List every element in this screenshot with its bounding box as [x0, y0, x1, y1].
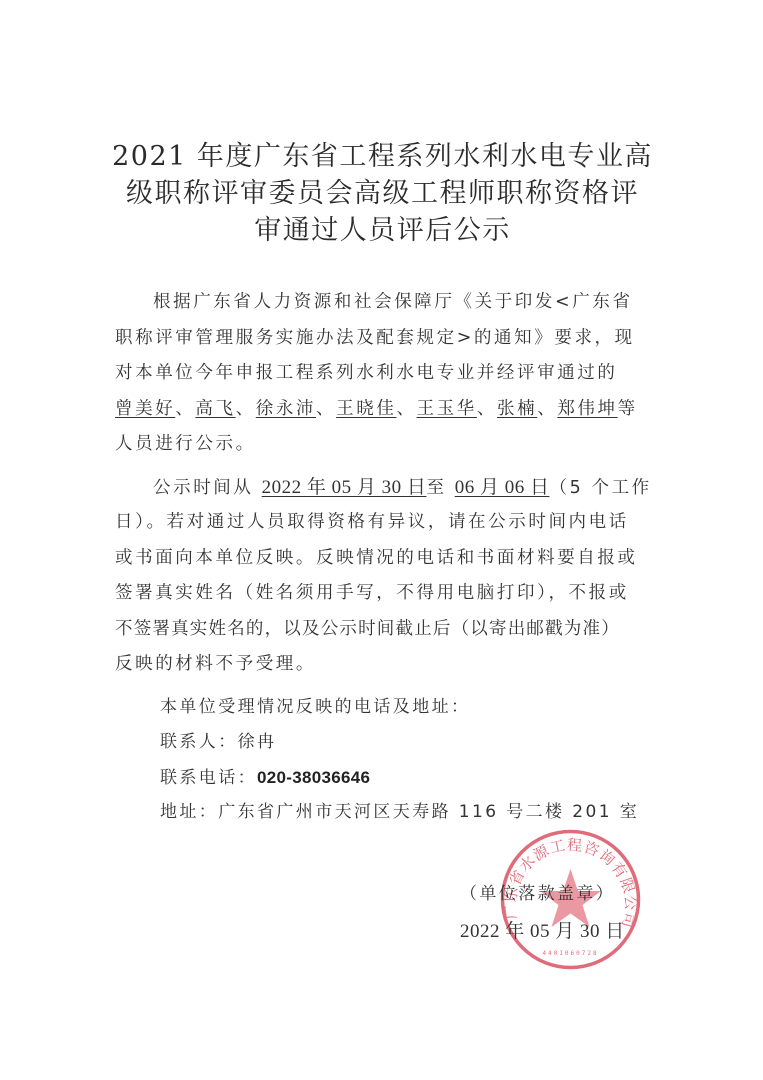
- signature-block: （单位落款盖章） 2022 年 05 月 30 日: [460, 875, 660, 951]
- para1-line-3: 对本单位今年申报工程系列水利水电专业并经评审通过的: [115, 356, 635, 392]
- contact-phone: 020-38036646: [257, 768, 370, 787]
- signature-date: 2022 年 05 月 30 日: [460, 913, 660, 951]
- para1-line-1: 根据广东省人力资源和社会保障厅《关于印发<广东省: [115, 285, 635, 321]
- para2-line-3: 或书面向本单位反映。反映情况的电话和书面材料要自报或: [115, 541, 635, 577]
- para2-line-1: 公示时间从 2022 年 05 月 30 日至 06 月 06 日（5 个工作: [115, 470, 635, 506]
- contact-address-label: 地址：: [160, 802, 218, 822]
- document-title: 2021 年度广东省工程系列水利水电专业高 级职称评审委员会高级工程师职称资格评…: [110, 138, 655, 249]
- para2-line-2: 日）。若对通过人员取得资格有异议，请在公示时间内电话: [115, 505, 635, 541]
- contact-person-label: 联系人：: [160, 732, 238, 752]
- working-days-note: （5 个工作: [549, 478, 651, 498]
- contact-person: 徐冉: [238, 732, 277, 752]
- separator: 、: [396, 399, 416, 419]
- para1-line-2: 职称评审管理服务实施办法及配套规定>的通知》要求，现: [115, 321, 635, 357]
- approved-name: 曾美好: [115, 399, 175, 419]
- names-suffix: 等: [618, 399, 638, 419]
- contact-address: 广东省广州市天河区天寿路 116 号二楼 201 室: [218, 802, 639, 822]
- approved-name: 徐永沛: [256, 399, 316, 419]
- title-line-1: 2021 年度广东省工程系列水利水电专业高: [110, 138, 655, 175]
- para2-line-4: 签署真实姓名（姓名须用手写，不得用电脑打印），不报或: [115, 576, 635, 612]
- approved-names-line: 曾美好、高飞、徐永沛、王晓佳、王玉华、张楠、郑伟坤等: [115, 392, 635, 428]
- contact-section: 本单位受理情况反映的电话及地址： 联系人：徐冉 联系电话：020-3803664…: [160, 690, 660, 830]
- para2-line-5: 不签署真实姓名的，以及公示时间截止后（以寄出邮戳为准）: [115, 612, 635, 648]
- para1-line-5: 人员进行公示。: [115, 427, 635, 463]
- approved-name: 张楠: [497, 399, 537, 419]
- separator: 、: [175, 399, 195, 419]
- separator: 、: [537, 399, 557, 419]
- approved-name: 郑伟坤: [557, 399, 617, 419]
- contact-intro: 本单位受理情况反映的电话及地址：: [160, 690, 660, 725]
- separator: 、: [236, 399, 256, 419]
- contact-address-row: 地址：广东省广州市天河区天寿路 116 号二楼 201 室: [160, 795, 660, 830]
- approved-name: 高飞: [195, 399, 235, 419]
- approved-name: 王晓佳: [336, 399, 396, 419]
- separator: 、: [316, 399, 336, 419]
- seal-note: （单位落款盖章）: [460, 875, 660, 913]
- contact-person-row: 联系人：徐冉: [160, 725, 660, 760]
- title-line-3: 审通过人员评后公示: [110, 212, 655, 249]
- document-page: 2021 年度广东省工程系列水利水电专业高 级职称评审委员会高级工程师职称资格评…: [0, 0, 763, 1080]
- document-body: 根据广东省人力资源和社会保障厅《关于印发<广东省 职称评审管理服务实施办法及配套…: [115, 285, 635, 683]
- separator: 、: [477, 399, 497, 419]
- approved-name: 王玉华: [417, 399, 477, 419]
- date-range-separator: 至: [426, 478, 454, 498]
- contact-phone-label: 联系电话：: [160, 768, 257, 788]
- para2-line-6: 反映的材料不予受理。: [115, 647, 635, 683]
- contact-phone-row: 联系电话：020-38036646: [160, 760, 660, 795]
- svg-text:4401060728: 4401060728: [542, 950, 598, 957]
- publicity-period-label: 公示时间从: [153, 478, 262, 498]
- start-date: 2022 年 05 月 30 日: [262, 477, 427, 498]
- title-line-2: 级职称评审委员会高级工程师职称资格评: [110, 175, 655, 212]
- end-date: 06 月 06 日: [455, 477, 550, 498]
